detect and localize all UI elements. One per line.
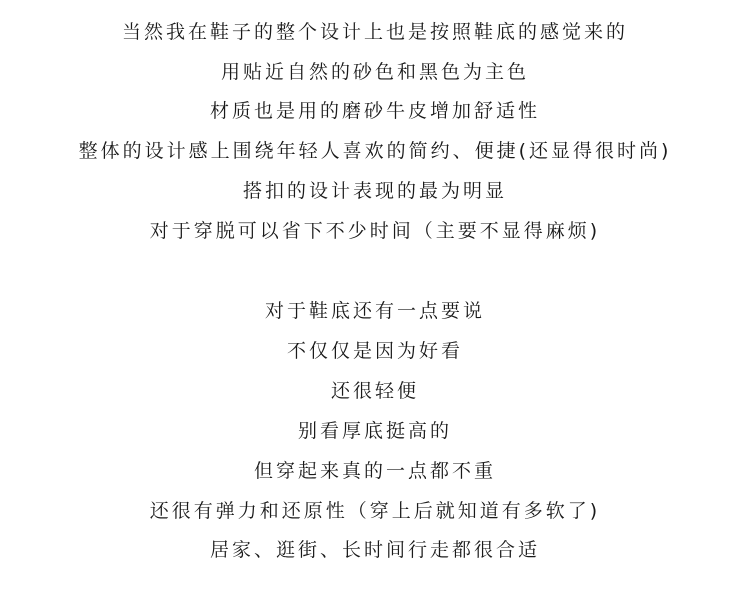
text-line: 用贴近自然的砂色和黑色为主色 [0,59,750,85]
text-line: 居家、逛街、长时间行走都很合适 [0,537,750,563]
text-line: 还很有弹力和还原性（穿上后就知道有多软了) [0,498,750,524]
text-line: 搭扣的设计表现的最为明显 [0,178,750,204]
text-line: 还很轻便 [0,378,750,404]
text-line: 整体的设计感上围绕年轻人喜欢的简约、便捷(还显得很时尚) [0,138,750,164]
text-line: 材质也是用的磨砂牛皮增加舒适性 [0,98,750,124]
text-line: 当然我在鞋子的整个设计上也是按照鞋底的感觉来的 [0,19,750,45]
text-line: 对于穿脱可以省下不少时间（主要不显得麻烦) [0,218,750,244]
text-line: 别看厚底挺高的 [0,418,750,444]
text-line: 不仅仅是因为好看 [0,338,750,364]
text-line: 对于鞋底还有一点要说 [0,298,750,324]
text-line: 但穿起来真的一点都不重 [0,458,750,484]
